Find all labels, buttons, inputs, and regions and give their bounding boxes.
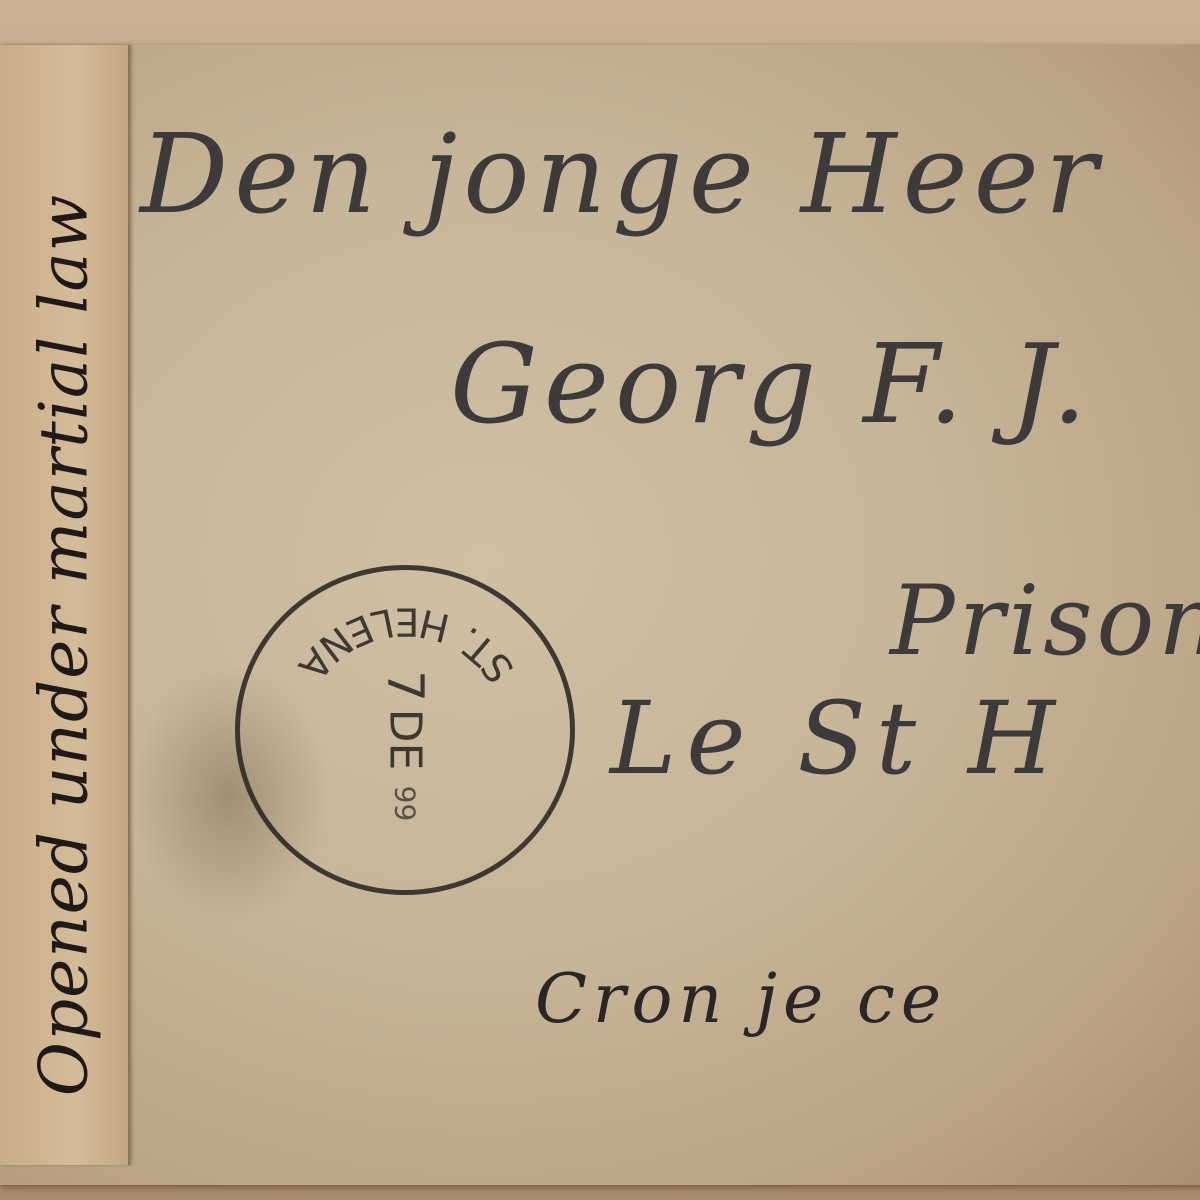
address-line-2: Georg F. J. bbox=[450, 320, 1093, 448]
address-line-4: Le St H bbox=[610, 680, 1065, 797]
address-line-3: Prison bbox=[890, 565, 1200, 677]
address-line-1: Den jonge Heer bbox=[140, 110, 1103, 238]
censor-strip: Opened under martial law bbox=[0, 45, 130, 1165]
postmark-stamp: ST. HELENA 99 DE 7 bbox=[235, 565, 575, 895]
censor-text: Opened under martial law bbox=[26, 194, 103, 1097]
postmark-day: 7 bbox=[376, 521, 434, 851]
address-line-5: Cron je ce bbox=[535, 960, 947, 1039]
